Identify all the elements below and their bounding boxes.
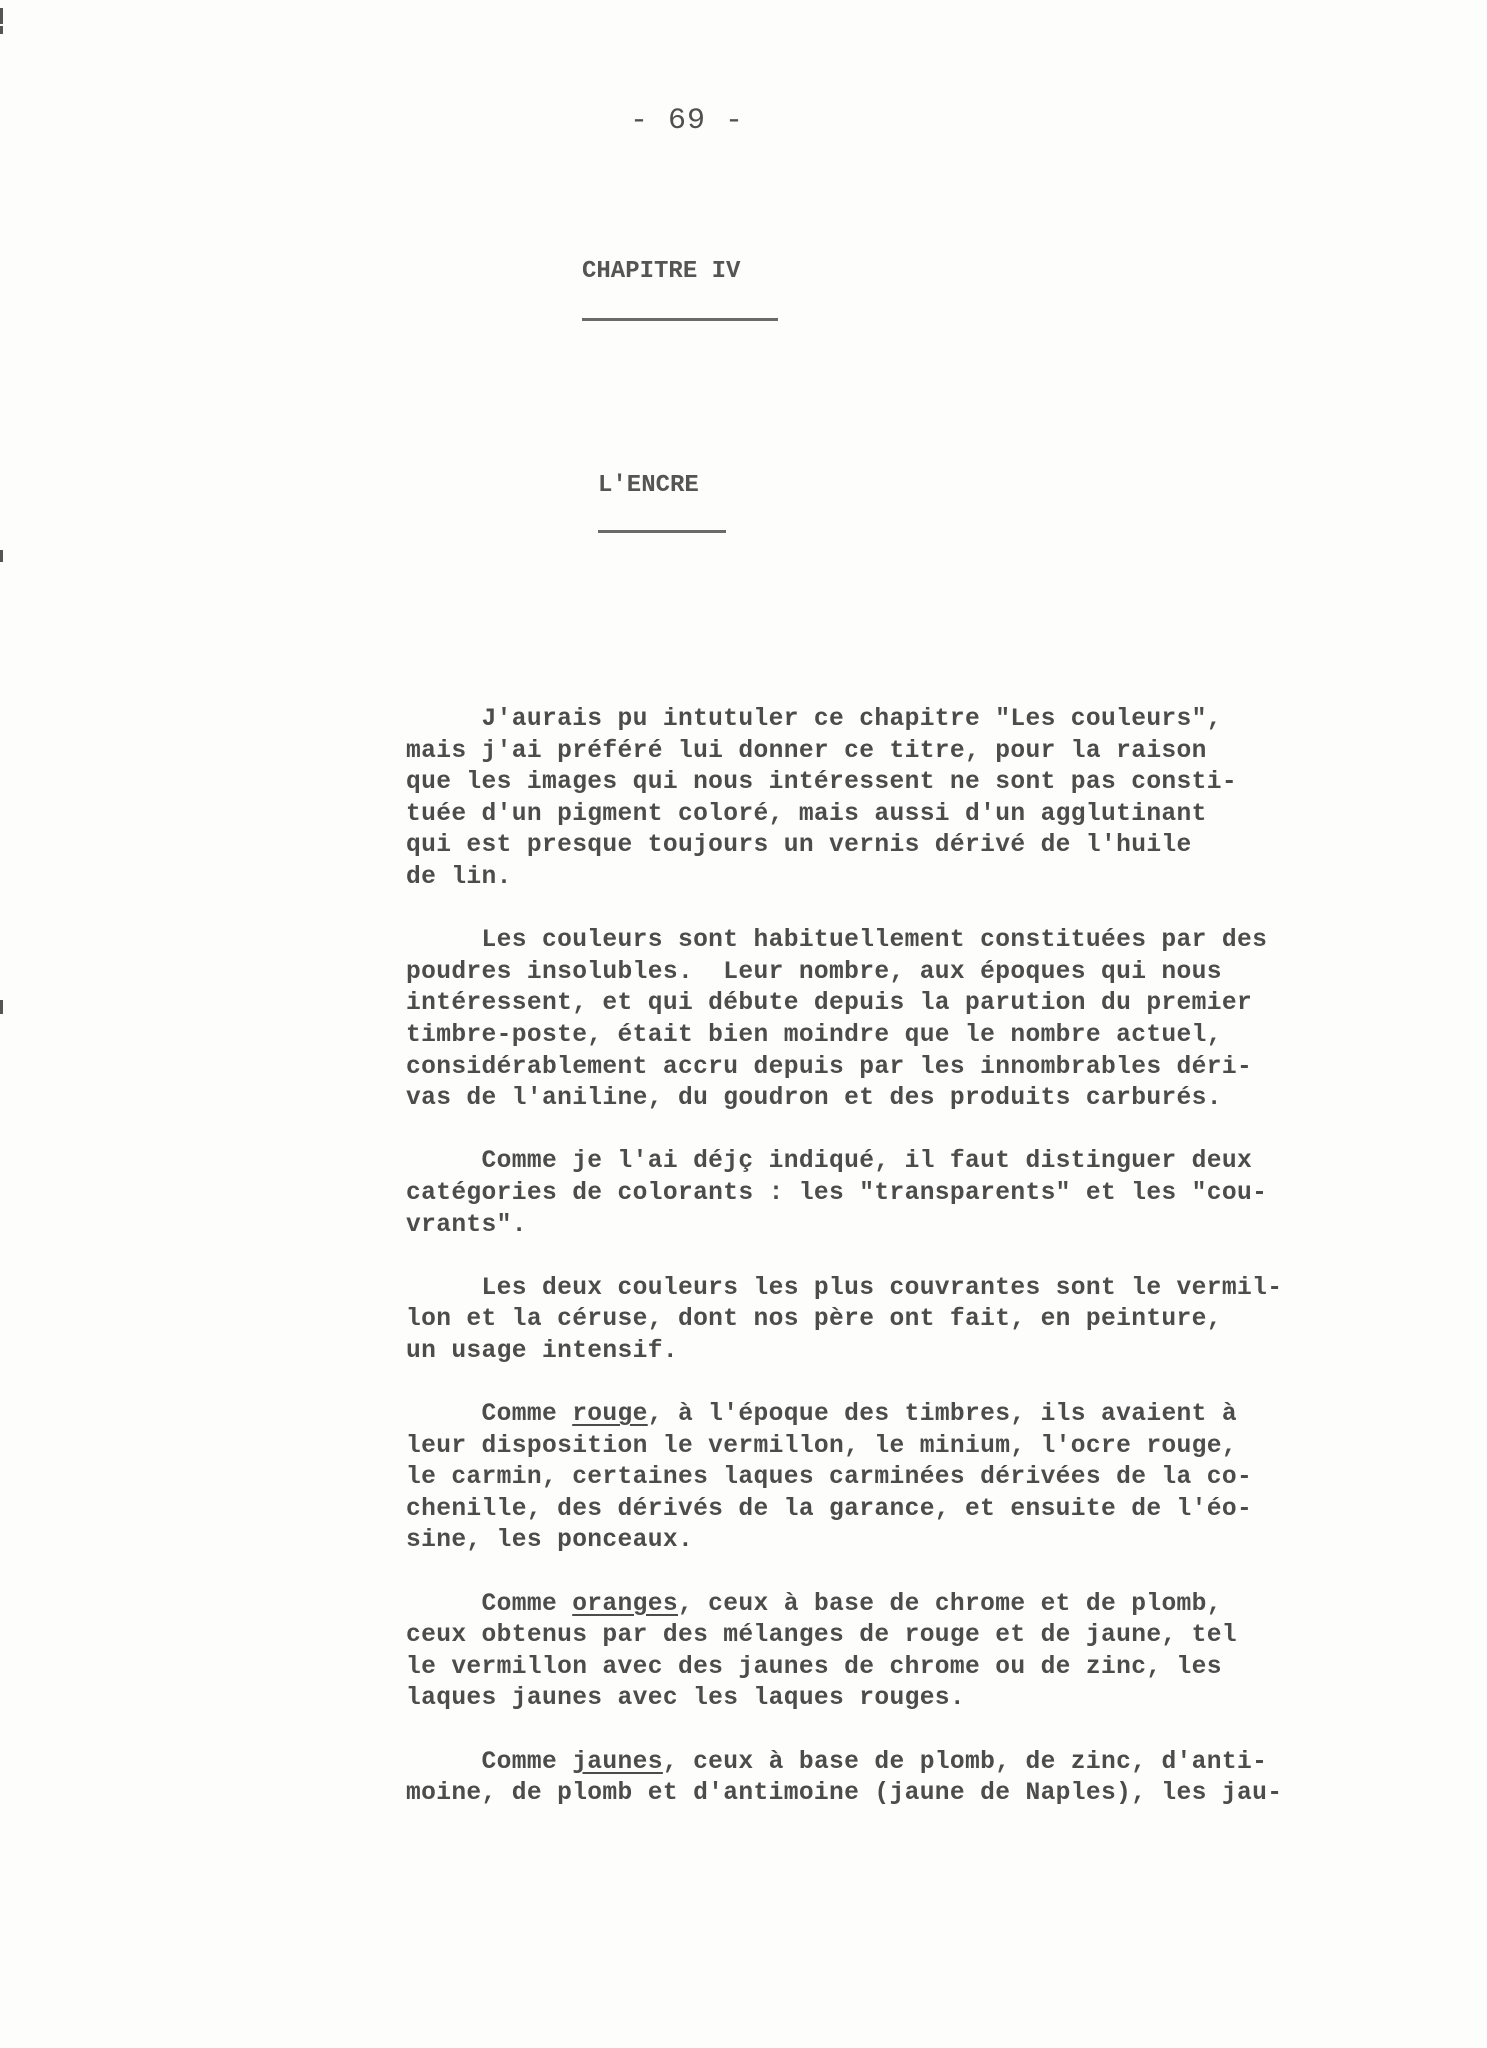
text-line: le vermillon avec des jaunes de chrome o… <box>406 1652 1416 1684</box>
underlined-term: jaunes <box>572 1749 663 1776</box>
page-number: - 69 - <box>630 104 744 138</box>
paragraph: Comme je l'ai déjç indiqué, il faut dist… <box>406 1146 1416 1241</box>
text-line: Les couleurs sont habituellement constit… <box>406 925 1416 957</box>
text-line: Comme oranges, ceux à base de chrome et … <box>406 1589 1416 1621</box>
text-line: lon et la céruse, dont nos père ont fait… <box>406 1304 1416 1336</box>
text-line: qui est presque toujours un vernis dériv… <box>406 830 1416 862</box>
text-line: que les images qui nous intéressent ne s… <box>406 767 1416 799</box>
paragraph: Les deux couleurs les plus couvrantes so… <box>406 1273 1416 1368</box>
text-segment: , ceux à base de plomb, de zinc, d'anti- <box>663 1749 1267 1776</box>
document-page: - 69 - CHAPITRE IV L'ENCRE J'aurais pu i… <box>0 0 1487 2048</box>
text-segment: Comme <box>406 1591 572 1618</box>
paragraph: Les couleurs sont habituellement constit… <box>406 925 1416 1115</box>
text-line: mais j'ai préféré lui donner ce titre, p… <box>406 736 1416 768</box>
text-line: ceux obtenus par des mélanges de rouge e… <box>406 1620 1416 1652</box>
text-line: poudres insolubles. Leur nombre, aux épo… <box>406 957 1416 989</box>
text-segment: Comme <box>406 1401 572 1428</box>
text-line: vas de l'aniline, du goudron et des prod… <box>406 1083 1416 1115</box>
scan-edge-mark <box>0 1000 3 1014</box>
body-text: J'aurais pu intutuler ce chapitre "Les c… <box>406 704 1416 1841</box>
text-line: chenille, des dérivés de la garance, et … <box>406 1494 1416 1526</box>
text-line: Les deux couleurs les plus couvrantes so… <box>406 1273 1416 1305</box>
text-line: Comme je l'ai déjç indiqué, il faut dist… <box>406 1146 1416 1178</box>
text-line: tuée d'un pigment coloré, mais aussi d'u… <box>406 799 1416 831</box>
text-line: considérablement accru depuis par les in… <box>406 1052 1416 1084</box>
scan-edge-mark <box>0 26 3 34</box>
text-segment: Comme <box>406 1749 572 1776</box>
scan-edge-mark <box>0 550 3 562</box>
text-line: Comme jaunes, ceux à base de plomb, de z… <box>406 1747 1416 1779</box>
text-line: laques jaunes avec les laques rouges. <box>406 1683 1416 1715</box>
text-line: de lin. <box>406 862 1416 894</box>
text-line: leur disposition le vermillon, le minium… <box>406 1431 1416 1463</box>
text-line: un usage intensif. <box>406 1336 1416 1368</box>
paragraph-oranges: Comme oranges, ceux à base de chrome et … <box>406 1589 1416 1715</box>
paragraph-jaunes: Comme jaunes, ceux à base de plomb, de z… <box>406 1747 1416 1810</box>
underlined-term: rouge <box>572 1401 648 1428</box>
paragraph-rouge: Comme rouge, à l'époque des timbres, ils… <box>406 1399 1416 1557</box>
text-line: sine, les ponceaux. <box>406 1525 1416 1557</box>
chapter-underline <box>582 318 778 321</box>
text-line: moine, de plomb et d'antimoine (jaune de… <box>406 1778 1416 1810</box>
text-line: intéressent, et qui débute depuis la par… <box>406 988 1416 1020</box>
chapter-title: L'ENCRE <box>598 472 699 499</box>
text-line: Comme rouge, à l'époque des timbres, ils… <box>406 1399 1416 1431</box>
text-line: catégories de colorants : les "transpare… <box>406 1178 1416 1210</box>
title-underline <box>598 530 726 533</box>
text-line: J'aurais pu intutuler ce chapitre "Les c… <box>406 704 1416 736</box>
text-line: timbre-poste, était bien moindre que le … <box>406 1020 1416 1052</box>
text-line: le carmin, certaines laques carminées dé… <box>406 1462 1416 1494</box>
text-segment: , à l'époque des timbres, ils avaient à <box>648 1401 1237 1428</box>
paragraph: J'aurais pu intutuler ce chapitre "Les c… <box>406 704 1416 894</box>
underlined-term: oranges <box>572 1591 678 1618</box>
chapter-heading: CHAPITRE IV <box>582 258 740 285</box>
scan-edge-mark <box>0 8 3 24</box>
text-segment: , ceux à base de chrome et de plomb, <box>678 1591 1222 1618</box>
text-line: vrants". <box>406 1210 1416 1242</box>
